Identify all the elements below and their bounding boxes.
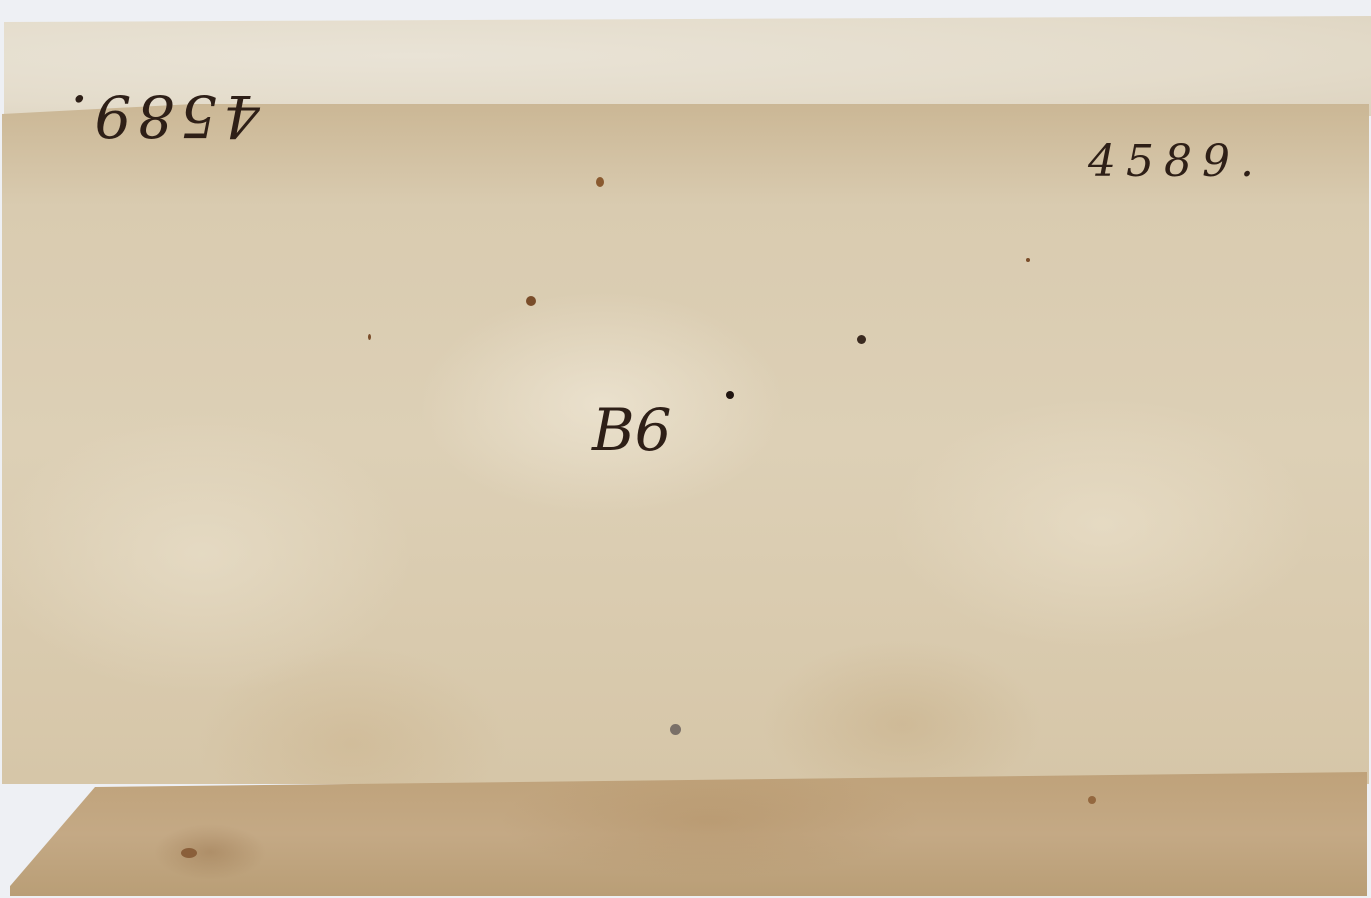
envelope-photo: 4589. 4589. B6 [0,0,1371,898]
envelope-bottom-flap [10,772,1367,896]
stain-spot [857,335,866,344]
stain-spot [181,848,197,858]
stain-spot [596,177,604,187]
inverted-inventory-number: 4589. [64,82,260,150]
stain-spot [1088,796,1096,804]
envelope-body [2,104,1369,784]
inventory-number: 4589. [1088,136,1264,187]
stain-spot [368,334,371,340]
stain-spot [1026,258,1030,262]
stain-spot [526,296,536,306]
ink-spot [726,391,734,399]
stain-spot [670,724,681,735]
center-code: B6 [592,396,672,464]
